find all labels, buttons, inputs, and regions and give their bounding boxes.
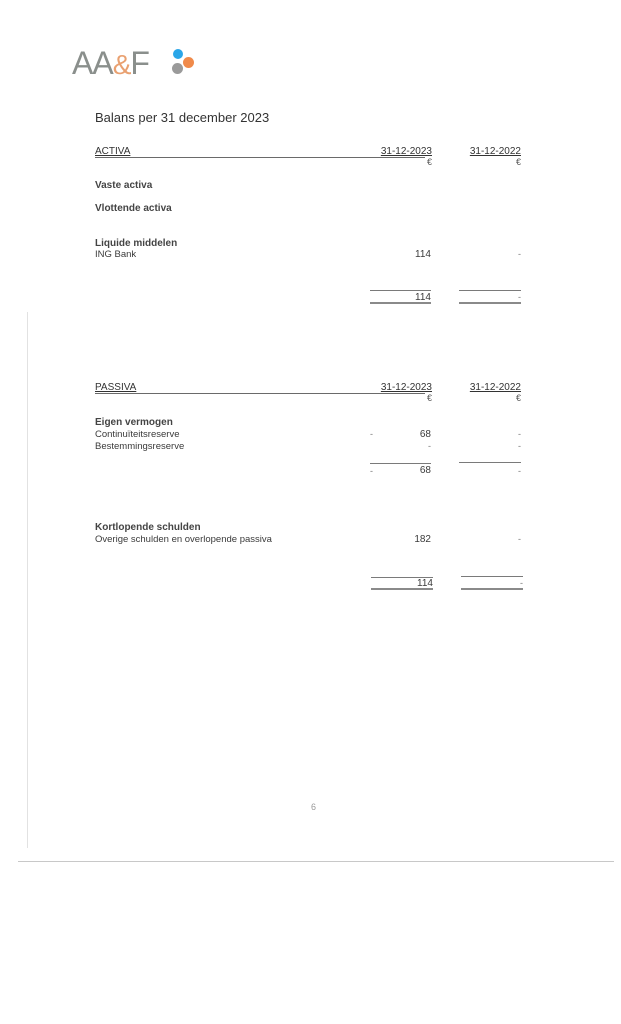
company-logo: AA&F: [72, 44, 149, 84]
logo-text-suffix: F: [130, 45, 149, 81]
ev-subtotal-rule-2022: [459, 462, 521, 463]
activa-currency-2023: €: [352, 157, 432, 167]
vlottende-activa-label: Vlottende activa: [95, 203, 172, 214]
overige-schulden-2022: -: [491, 534, 521, 544]
activa-total-rule-bottom-2023: [370, 302, 431, 304]
passiva-col-2023: 31-12-2023: [352, 382, 432, 393]
activa-total-rule-top-2022: [459, 290, 521, 291]
activa-total-rule-top-2023: [370, 290, 431, 291]
activa-col-2023: 31-12-2023: [352, 146, 432, 157]
passiva-total-2022: -: [493, 578, 523, 588]
ev-subtotal-2023: 68: [371, 465, 431, 476]
page-title: Balans per 31 december 2023: [95, 110, 269, 125]
passiva-col-2022: 31-12-2022: [441, 382, 521, 393]
ev-subtotal-rule-2023: [370, 463, 431, 464]
activa-heading: ACTIVA: [95, 146, 130, 157]
activa-currency-2022: €: [441, 157, 521, 167]
passiva-currency-2022: €: [441, 393, 521, 403]
bestemmingsreserve-2023: -: [401, 441, 431, 451]
bestemmingsreserve-label: Bestemmingsreserve: [95, 441, 184, 452]
ev-subtotal-2022: -: [491, 466, 521, 476]
logo-text-prefix: AA: [72, 45, 113, 81]
ev-subtotal-prefix: -: [343, 466, 373, 476]
activa-total-2022: -: [491, 292, 521, 302]
overige-schulden-label: Overige schulden en overlopende passiva: [95, 534, 272, 545]
eigen-vermogen-label: Eigen vermogen: [95, 417, 173, 428]
logo-ampersand: &: [113, 49, 131, 80]
logo-dot-orange-icon: [183, 57, 194, 68]
activa-total-rule-bottom-2022: [459, 302, 521, 304]
bestemmingsreserve-2022: -: [491, 441, 521, 451]
passiva-currency-2023: €: [352, 393, 432, 403]
passiva-total-rule-bottom-2023: [371, 588, 433, 590]
overige-schulden-2023: 182: [371, 534, 431, 545]
ing-bank-2022: -: [491, 249, 521, 259]
liquide-middelen-label: Liquide middelen: [95, 238, 177, 249]
passiva-total-rule-top-2022: [461, 576, 523, 577]
ing-bank-label: ING Bank: [95, 249, 136, 260]
activa-col-2022: 31-12-2022: [441, 146, 521, 157]
continuiteitsreserve-prefix: -: [343, 429, 373, 439]
continuiteitsreserve-2022: -: [491, 429, 521, 439]
passiva-total-rule-bottom-2022: [461, 588, 523, 590]
page-number: 6: [311, 802, 316, 812]
logo-dot-grey-icon: [172, 63, 183, 74]
vaste-activa-label: Vaste activa: [95, 180, 152, 191]
logo-dot-blue-icon: [173, 49, 183, 59]
kortlopende-schulden-label: Kortlopende schulden: [95, 522, 201, 533]
passiva-heading: PASSIVA: [95, 382, 136, 393]
continuiteitsreserve-2023: 68: [371, 429, 431, 440]
continuiteitsreserve-label: Continuïteitsreserve: [95, 429, 179, 440]
scan-edge-horizontal: [18, 861, 614, 862]
scan-edge-vertical: [27, 312, 28, 848]
ing-bank-2023: 114: [371, 249, 431, 260]
